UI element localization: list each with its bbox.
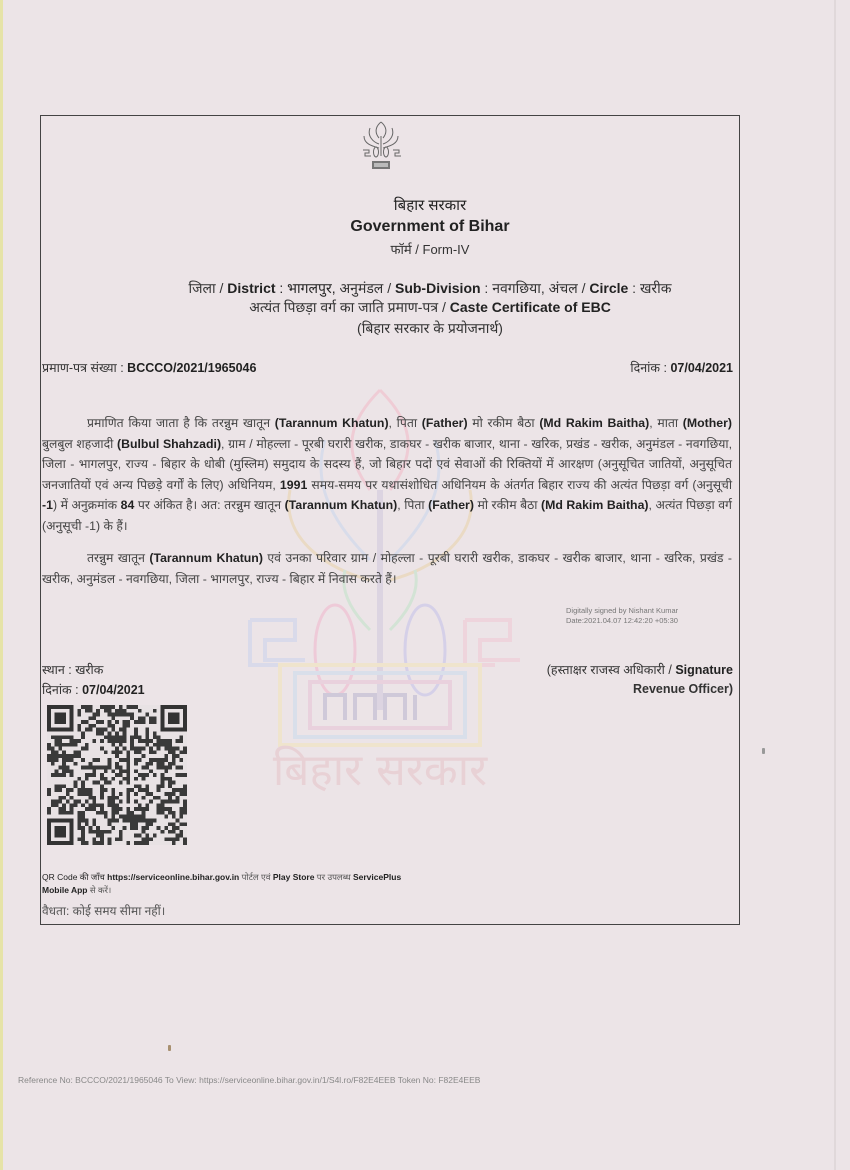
signature-designation: Revenue Officer) — [633, 682, 733, 696]
digital-signature-date: Date:2021.04.07 12:42:20 +05:30 — [566, 616, 678, 626]
bihar-emblem-logo — [358, 118, 404, 174]
certificate-purpose: (बिहार सरकार के प्रयोजनार्थ) — [40, 319, 820, 338]
paper-speck — [762, 748, 765, 754]
issue-date: दिनांक : 07/04/2021 — [630, 359, 733, 376]
issue-date-value: 07/04/2021 — [670, 361, 733, 375]
signature-label: (हस्ताक्षर राजस्व अधिकारी / Signature — [547, 661, 733, 678]
district-label: जिला / — [188, 280, 227, 296]
district-value: : भागलपुर, — [276, 280, 340, 296]
digital-signature-signer: Digitally signed by Nishant Kumar — [566, 606, 678, 616]
footer-reference: Reference No: BCCCO/2021/1965046 To View… — [18, 1075, 480, 1085]
certificate-title-english: Caste Certificate of EBC — [450, 299, 611, 315]
subdivision-value: : नवगछिया, — [481, 280, 549, 296]
place-value: खरीक — [75, 663, 103, 677]
certificate-title: अत्यंत पिछड़ा वर्ग का जाति प्रमाण-पत्र /… — [40, 298, 820, 317]
form-number: फॉर्म / Form-IV — [40, 240, 820, 258]
validity-note: वैधता: कोई समय सीमा नहीं। — [42, 902, 165, 919]
district-label-en: District — [227, 280, 275, 296]
subdivision-label: अनुमंडल / — [339, 280, 395, 296]
circle-label-en: Circle — [589, 280, 628, 296]
circle-value: : खरीक — [628, 280, 671, 296]
hindi-government-title: बिहार सरकार — [40, 195, 820, 215]
english-government-title: Government of Bihar — [40, 218, 820, 236]
form-label: फॉर्म / Form-IV — [391, 242, 470, 257]
serial-number: 84 — [121, 498, 135, 512]
verification-url[interactable]: https://serviceonline.bihar.gov.in — [107, 872, 239, 882]
subdivision-label-en: Sub-Division — [395, 280, 481, 296]
paper-speck — [168, 1045, 171, 1051]
page-edge — [0, 0, 3, 1170]
father-name: (Md Rakim Baitha) — [539, 416, 649, 430]
applicant-name: (Tarannum Khatun) — [275, 416, 389, 430]
certificate-number: प्रमाण-पत्र संख्या : BCCCO/2021/1965046 — [42, 359, 256, 376]
issue-date-label: दिनांक : — [630, 361, 670, 375]
certificate-number-label: प्रमाण-पत्र संख्या : — [42, 361, 127, 375]
certificate-title-hindi: अत्यंत पिछड़ा वर्ग का जाति प्रमाण-पत्र / — [249, 299, 450, 315]
circle-label: अंचल / — [549, 280, 590, 296]
residence-paragraph: तरन्नुम खातून (Tarannum Khatun) एवं उनका… — [42, 548, 732, 589]
place: स्थान : खरीक — [42, 661, 103, 678]
mother-name: (Bulbul Shahzadi) — [117, 437, 221, 451]
digital-signature-stamp: Digitally signed by Nishant KumarDate:20… — [566, 606, 678, 626]
place-date: दिनांक : 07/04/2021 — [42, 681, 145, 698]
qr-verification-note: QR Code की जाँच https://serviceonline.bi… — [42, 871, 492, 897]
place-date-value: 07/04/2021 — [82, 683, 145, 697]
page-edge — [834, 0, 836, 1170]
certification-paragraph: प्रमाणित किया जाता है कि तरन्नुम खातून (… — [42, 413, 732, 536]
jurisdiction-line: जिला / District : भागलपुर, अनुमंडल / Sub… — [40, 279, 820, 298]
qr-code[interactable] — [47, 705, 187, 845]
certificate-number-value: BCCCO/2021/1965046 — [127, 361, 256, 375]
